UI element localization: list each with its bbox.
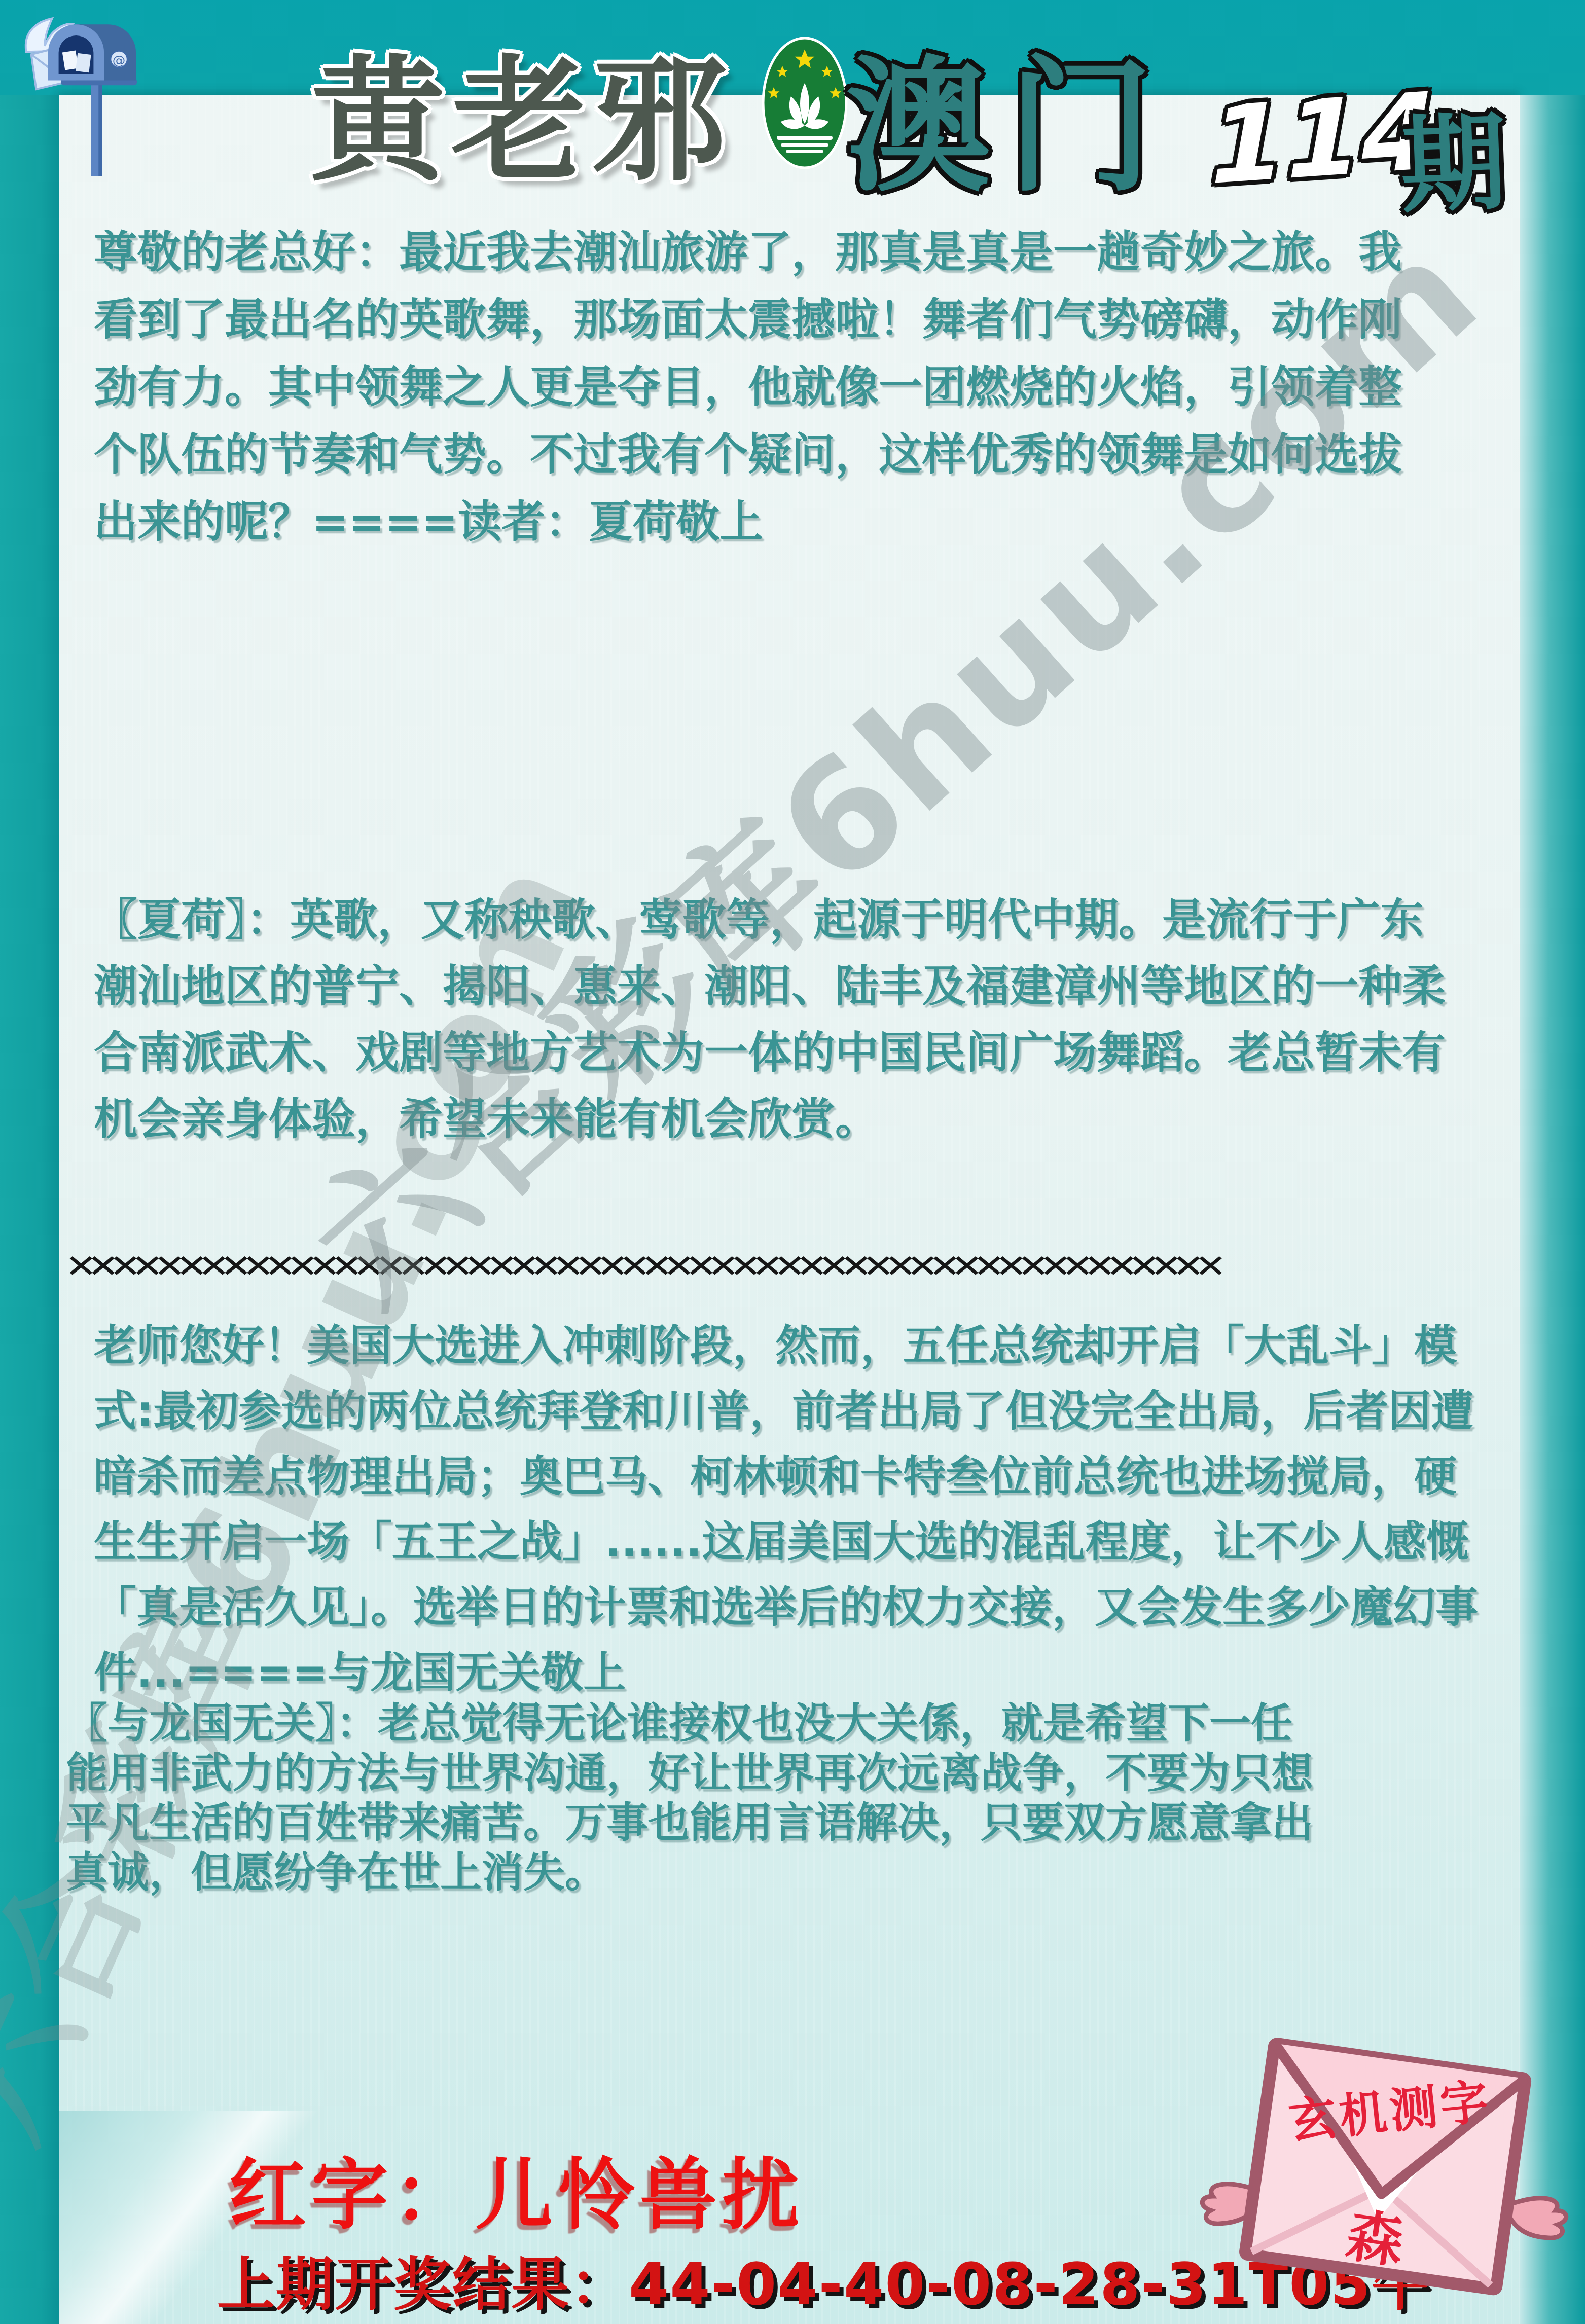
- text-line: 劲有力。其中领舞之人更是夺目，他就像一团燃烧的火焰，引领着整: [94, 357, 1402, 424]
- text-line: 尊敬的老总好：最近我去潮汕旅游了，那真是真是一趟奇妙之旅。我: [94, 222, 1402, 289]
- text-line: 出来的呢？====读者：夏荷敬上: [94, 492, 1402, 559]
- at-symbol-icon: @: [113, 53, 126, 68]
- text-line: 〖与龙国无关〗：老总觉得无论谁接权也没大关係，就是希望下一任: [66, 1699, 1313, 1749]
- macau-emblem-icon: [762, 37, 848, 169]
- text-line: 式:最初参选的两位总统拜登和川普，前者出局了但没完全出局，后者因遭: [94, 1382, 1478, 1447]
- text-line: 「真是活久见」。选举日的计票和选举后的权力交接，又会发生多少魔幻事: [94, 1578, 1478, 1643]
- right-border: [1520, 95, 1585, 2324]
- editor-reply-2: 〖与龙国无关〗：老总觉得无论谁接权也没大关係，就是希望下一任 能用非武力的方法与…: [66, 1699, 1313, 1898]
- text-line: 〖夏荷〗：英歌，又称秧歌、莺歌等，起源于明代中期。是流行于广东: [94, 890, 1446, 957]
- text-line: 机会亲身体验，希望未来能有机会欣赏。: [94, 1090, 1446, 1156]
- text-line: 件...====与龙国无关敬上: [94, 1643, 1478, 1709]
- reader-letter-2: 老师您好！美国大选进入冲刺阶段，然而，五任总统却开启「大乱斗」模 式:最初参选的…: [94, 1316, 1478, 1709]
- mailbox-icon: @: [16, 4, 136, 179]
- stitch-divider: ✕✕✕✕✕✕✕✕✕✕✕✕✕✕✕✕✕✕✕✕✕✕✕✕✕✕✕✕✕✕✕✕✕✕✕✕✕✕✕✕…: [65, 1248, 1527, 1288]
- editor-reply-1: 〖夏荷〗：英歌，又称秧歌、莺歌等，起源于明代中期。是流行于广东 潮汕地区的普宁、…: [94, 890, 1446, 1156]
- text-line: 生生开启一场「五王之战」......这届美国大选的混乱程度，让不少人感慨: [94, 1512, 1478, 1578]
- result-label: 上期开奖结果：: [217, 2250, 629, 2318]
- text-line: 潮汕地区的普宁、揭阳、惠来、潮阳、陆丰及福建漳州等地区的一种柔: [94, 957, 1446, 1023]
- mystery-envelope-icon[interactable]: 玄机测字 森: [1181, 2032, 1585, 2324]
- text-line: 暗杀而差点物理出局；奥巴马、柯林顿和卡特叁位前总统也进场搅局，硬: [94, 1447, 1478, 1512]
- mailbox-body: @: [48, 24, 137, 176]
- text-line: 真诚，但愿纷争在世上消失。: [66, 1848, 1313, 1898]
- text-line: 平凡生活的百姓带来痛苦。万事也能用言语解决，只要双方愿意拿出: [66, 1799, 1313, 1848]
- text-line: 合南派武术、戏剧等地方艺术为一体的中国民间广场舞蹈。老总暂未有: [94, 1023, 1446, 1090]
- envelope-body: 玄机测字 森: [1245, 2043, 1526, 2289]
- text-line: 老师您好！美国大选进入冲刺阶段，然而，五任总统却开启「大乱斗」模: [94, 1316, 1478, 1382]
- text-line: 看到了最出名的英歌舞，那场面太震撼啦！舞者们气势磅礴，动作刚: [94, 289, 1402, 357]
- left-border: [0, 95, 59, 2324]
- text-line: 个队伍的节奏和气势。不过我有个疑问，这样优秀的领舞是如何选拔: [94, 424, 1402, 492]
- envelope-seal-character: 森: [1342, 2203, 1408, 2276]
- reader-letter-1: 尊敬的老总好：最近我去潮汕旅游了，那真是真是一趟奇妙之旅。我 看到了最出名的英歌…: [94, 222, 1402, 559]
- text-line: 能用非武力的方法与世界沟通，好让世界再次远离战争，不要为只想: [66, 1749, 1313, 1799]
- page-title: 黄老邪: [310, 13, 733, 207]
- red-word-hint: 红字：儿怜兽扰: [229, 2133, 804, 2244]
- issue-unit: 期: [1398, 78, 1508, 233]
- wing-right-icon: [1510, 2198, 1566, 2238]
- region-title: 澳门: [846, 10, 1170, 219]
- poster-page: @ 黄老邪 澳门 114 期 尊敬的老总好：最近我去潮汕旅游了，那真是真是一趟奇…: [0, 0, 1585, 2324]
